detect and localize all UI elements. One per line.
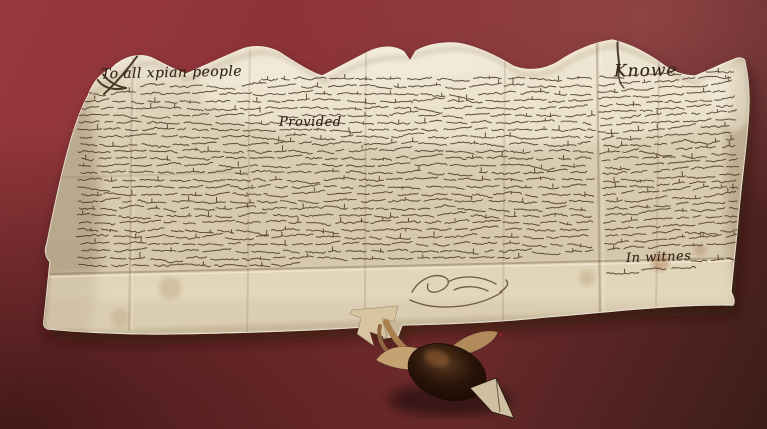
photo-background: To all xpian people Knowe Provided In wi… (0, 0, 767, 429)
heading-word: Knowe (614, 62, 678, 80)
opening-words: To all xpian people (101, 65, 242, 82)
closing-words: In witnes (626, 250, 692, 265)
clause-word-provided: Provided (279, 116, 342, 129)
